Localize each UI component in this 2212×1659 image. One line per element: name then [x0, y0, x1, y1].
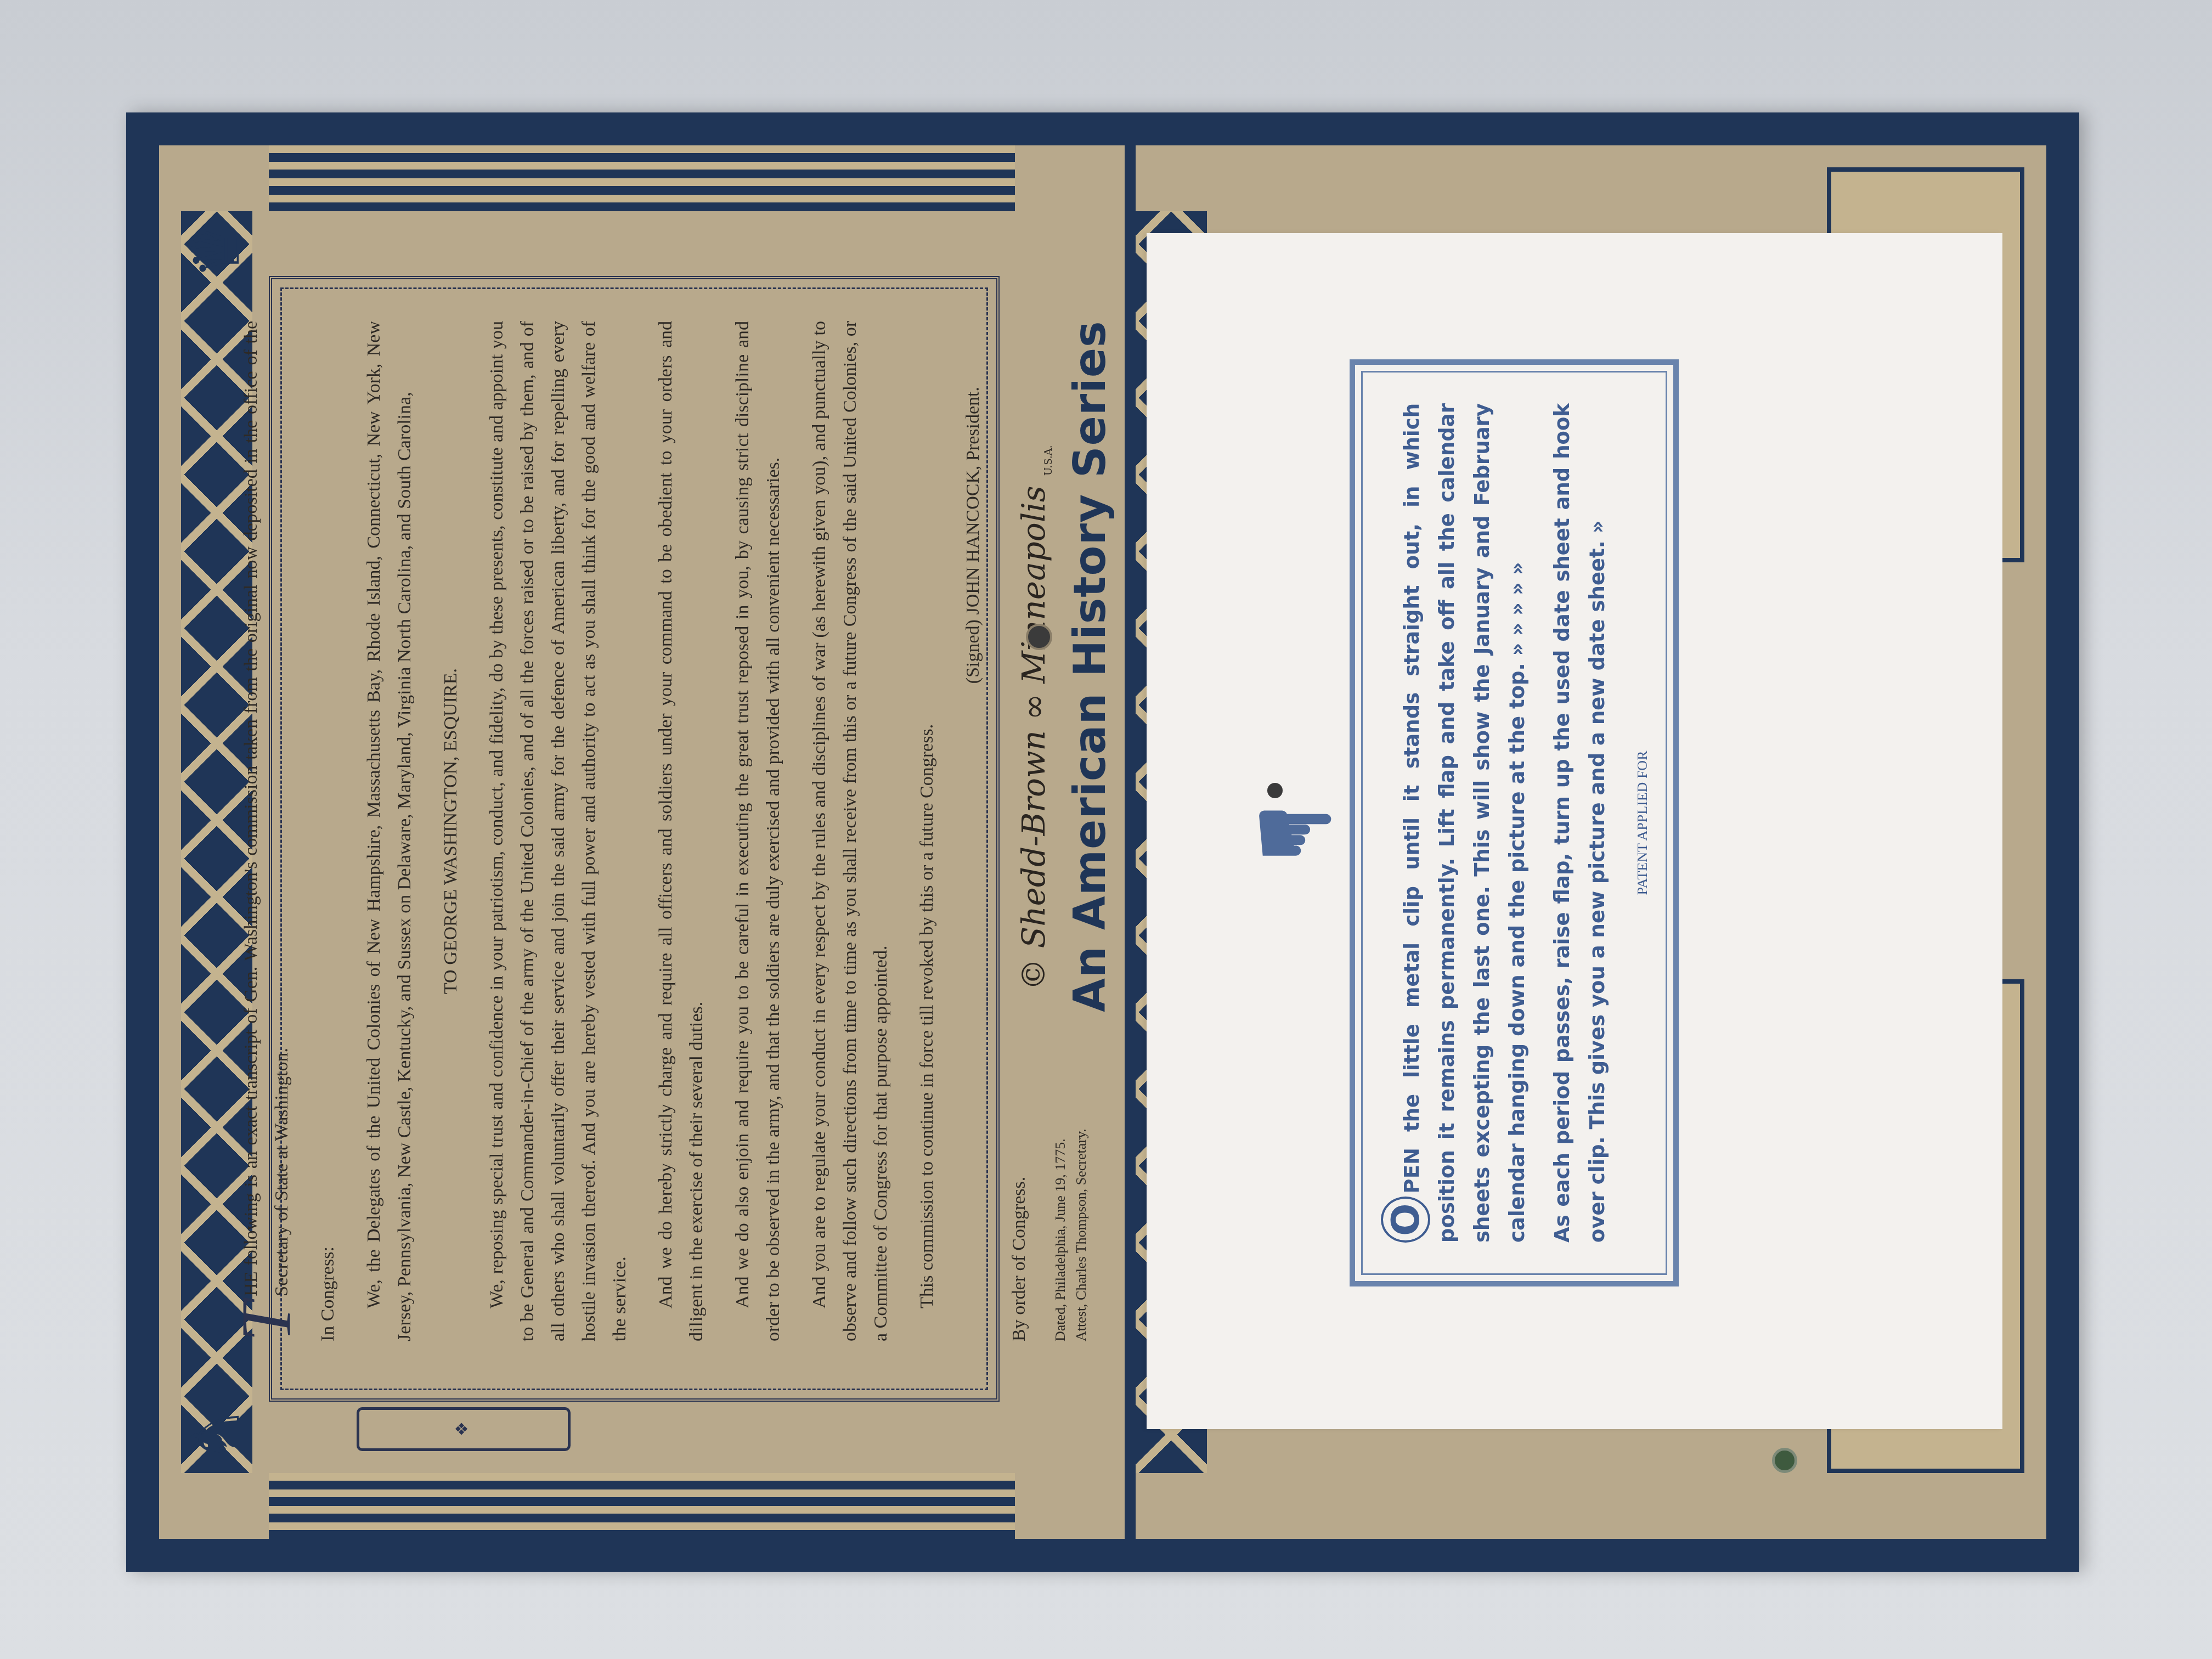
grommet: [1772, 1448, 1797, 1473]
instruction-paragraph-1: PEN the little metal clip until it stand…: [1400, 403, 1529, 1243]
scroll-ornament: ❖: [357, 1407, 571, 1451]
stripe-border-right: [269, 145, 1015, 211]
commission-intro: HE following is an exact transcript of G…: [241, 321, 292, 1296]
continue-paragraph: This commission to continue in force til…: [912, 321, 943, 1341]
patent-notice: PATENT APPLIED FOR: [1625, 403, 1660, 1243]
hanging-hole: [1026, 624, 1052, 650]
addressee: TO GEORGE WASHINGTON, ESQUIRE.: [436, 321, 466, 1341]
ornament-icon: ❖: [453, 1421, 472, 1436]
ditto-marks: » » » » »: [1505, 562, 1529, 656]
instruction-drop-cap: O: [1381, 1197, 1430, 1243]
reposing-paragraph: We, reposing special trust and confidenc…: [482, 321, 635, 1341]
stripe-border-left: [269, 1473, 1015, 1539]
calendar: ♞ ♛ ❖ THE following is an exact transcri…: [126, 112, 2079, 1572]
instruction-box: OPEN the little metal clip until it stan…: [1350, 359, 1679, 1286]
delegates-paragraph: We, the Delegates of the United Colonies…: [359, 321, 420, 1341]
drop-cap: T: [236, 1302, 296, 1341]
in-congress: In Congress:: [313, 321, 343, 1341]
commission-text: THE following is an exact transcript of …: [236, 321, 982, 1341]
enjoin-paragraph: And we do also enjoin and require you to…: [727, 321, 789, 1341]
regulate-paragraph: And you are to regulate your conduct in …: [804, 321, 896, 1341]
series-title: An American History Series: [1064, 320, 1115, 1012]
instruction-sheet[interactable]: ☛ OPEN the little metal clip until it st…: [1147, 233, 2002, 1429]
signature: (Signed) JOHN HANCOCK, President.: [958, 387, 989, 1341]
ditto-mark: »: [1585, 520, 1609, 533]
charge-paragraph: And we do hereby strictly charge and req…: [651, 321, 712, 1341]
commission-page: ♞ ♛ ❖ THE following is an exact transcri…: [159, 145, 1125, 1539]
colonial-soldier-illustration: ♞: [170, 1330, 263, 1539]
pointing-hand-icon: ☛: [1251, 771, 1333, 897]
publisher-mark: © Shedd-Brown ∞ Minneapolis U.S.A.: [1015, 445, 1054, 990]
